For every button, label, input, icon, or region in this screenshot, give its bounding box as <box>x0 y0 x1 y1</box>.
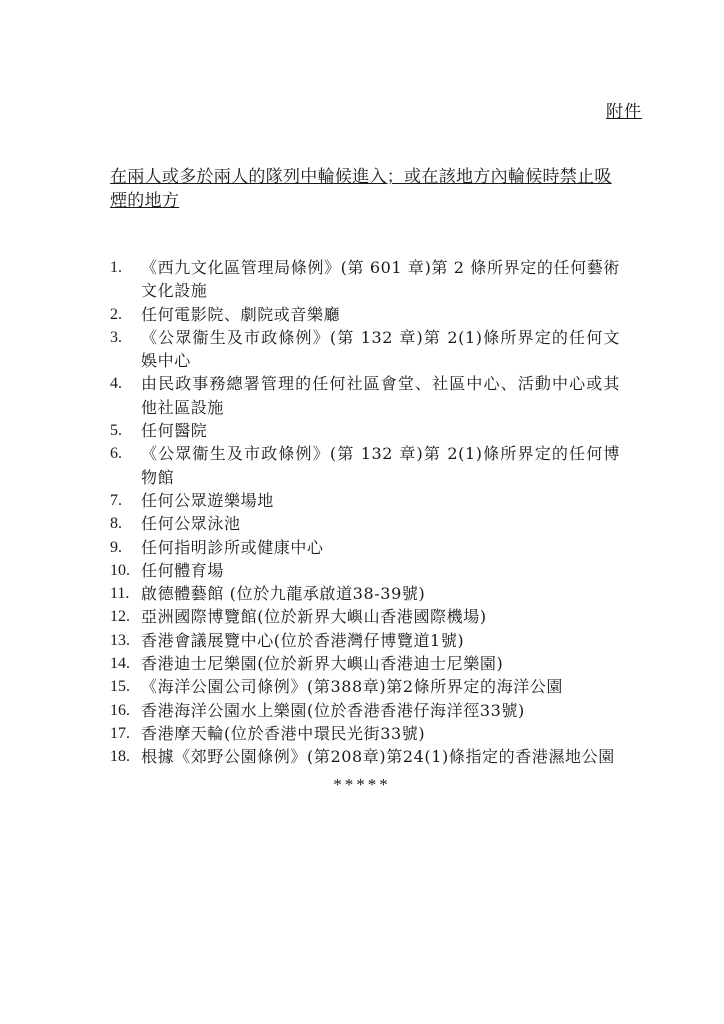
places-list: 1.《西九文化區管理局條例》(第 601 章)第 2 條所界定的任何藝術文化設施… <box>110 256 620 769</box>
list-item: 5.任何醫院 <box>110 419 620 442</box>
list-item: 16.香港海洋公園水上樂園(位於香港香港仔海洋徑33號) <box>110 699 620 722</box>
item-number: 1. <box>110 256 141 303</box>
item-text: 《公眾衞生及市政條例》(第 132 章)第 2(1)條所界定的任何博物館 <box>141 442 620 489</box>
item-text: 香港會議展覽中心(位於香港灣仔博覽道1號) <box>141 629 620 652</box>
list-item: 1.《西九文化區管理局條例》(第 601 章)第 2 條所界定的任何藝術文化設施 <box>110 256 620 303</box>
item-text: 《西九文化區管理局條例》(第 601 章)第 2 條所界定的任何藝術文化設施 <box>141 256 620 303</box>
item-number: 11. <box>110 582 141 605</box>
item-number: 9. <box>110 536 141 559</box>
list-item: 9.任何指明診所或健康中心 <box>110 536 620 559</box>
list-item: 14.香港迪士尼樂園(位於新界大嶼山香港迪士尼樂園) <box>110 652 620 675</box>
item-number: 8. <box>110 512 141 535</box>
item-text: 任何醫院 <box>141 419 620 442</box>
item-text: 任何電影院、劇院或音樂廳 <box>141 303 620 326</box>
annex-label: 附件 <box>606 97 642 122</box>
item-text: 香港迪士尼樂園(位於新界大嶼山香港迪士尼樂園) <box>141 652 620 675</box>
item-text: 由民政事務總署管理的任何社區會堂、社區中心、活動中心或其他社區設施 <box>141 372 620 419</box>
item-text: 啟德體藝館 (位於九龍承啟道38-39號) <box>141 582 620 605</box>
item-number: 14. <box>110 652 141 675</box>
item-text: 香港海洋公園水上樂園(位於香港香港仔海洋徑33號) <box>141 699 620 722</box>
item-text: 任何體育場 <box>141 559 620 582</box>
item-text: 任何公眾泳池 <box>141 512 620 535</box>
item-text: 根據《郊野公園條例》(第208章)第24(1)條指定的香港濕地公園 <box>141 745 620 768</box>
item-number: 4. <box>110 372 141 419</box>
item-text: 任何指明診所或健康中心 <box>141 536 620 559</box>
item-number: 18. <box>110 745 141 768</box>
list-item: 11.啟德體藝館 (位於九龍承啟道38-39號) <box>110 582 620 605</box>
item-text: 《海洋公園公司條例》(第388章)第2條所界定的海洋公園 <box>141 675 620 698</box>
item-number: 13. <box>110 629 141 652</box>
item-text: 《公眾衞生及市政條例》(第 132 章)第 2(1)條所界定的任何文娛中心 <box>141 326 620 373</box>
list-item: 10.任何體育場 <box>110 559 620 582</box>
item-number: 12. <box>110 605 141 628</box>
item-number: 17. <box>110 722 141 745</box>
item-number: 2. <box>110 303 141 326</box>
item-text: 任何公眾遊樂場地 <box>141 489 620 512</box>
document-title: 在兩人或多於兩人的隊列中輪候進入；或在該地方內輪候時禁止吸煙的地方 <box>110 165 620 213</box>
item-number: 10. <box>110 559 141 582</box>
list-item: 13.香港會議展覽中心(位於香港灣仔博覽道1號) <box>110 629 620 652</box>
item-number: 3. <box>110 326 141 373</box>
list-item: 7.任何公眾遊樂場地 <box>110 489 620 512</box>
item-text: 亞洲國際博覽館(位於新界大嶼山香港國際機場) <box>141 605 620 628</box>
list-item: 17.香港摩天輪(位於香港中環民光街33號) <box>110 722 620 745</box>
item-number: 16. <box>110 699 141 722</box>
item-number: 7. <box>110 489 141 512</box>
list-item: 4.由民政事務總署管理的任何社區會堂、社區中心、活動中心或其他社區設施 <box>110 372 620 419</box>
item-text: 香港摩天輪(位於香港中環民光街33號) <box>141 722 620 745</box>
list-item: 18.根據《郊野公園條例》(第208章)第24(1)條指定的香港濕地公園 <box>110 745 620 768</box>
list-item: 6.《公眾衞生及市政條例》(第 132 章)第 2(1)條所界定的任何博物館 <box>110 442 620 489</box>
end-marker: ***** <box>0 775 724 795</box>
list-item: 15.《海洋公園公司條例》(第388章)第2條所界定的海洋公園 <box>110 675 620 698</box>
item-number: 15. <box>110 675 141 698</box>
item-number: 6. <box>110 442 141 489</box>
item-number: 5. <box>110 419 141 442</box>
list-item: 8.任何公眾泳池 <box>110 512 620 535</box>
list-item: 12.亞洲國際博覽館(位於新界大嶼山香港國際機場) <box>110 605 620 628</box>
list-item: 2.任何電影院、劇院或音樂廳 <box>110 303 620 326</box>
list-item: 3.《公眾衞生及市政條例》(第 132 章)第 2(1)條所界定的任何文娛中心 <box>110 326 620 373</box>
